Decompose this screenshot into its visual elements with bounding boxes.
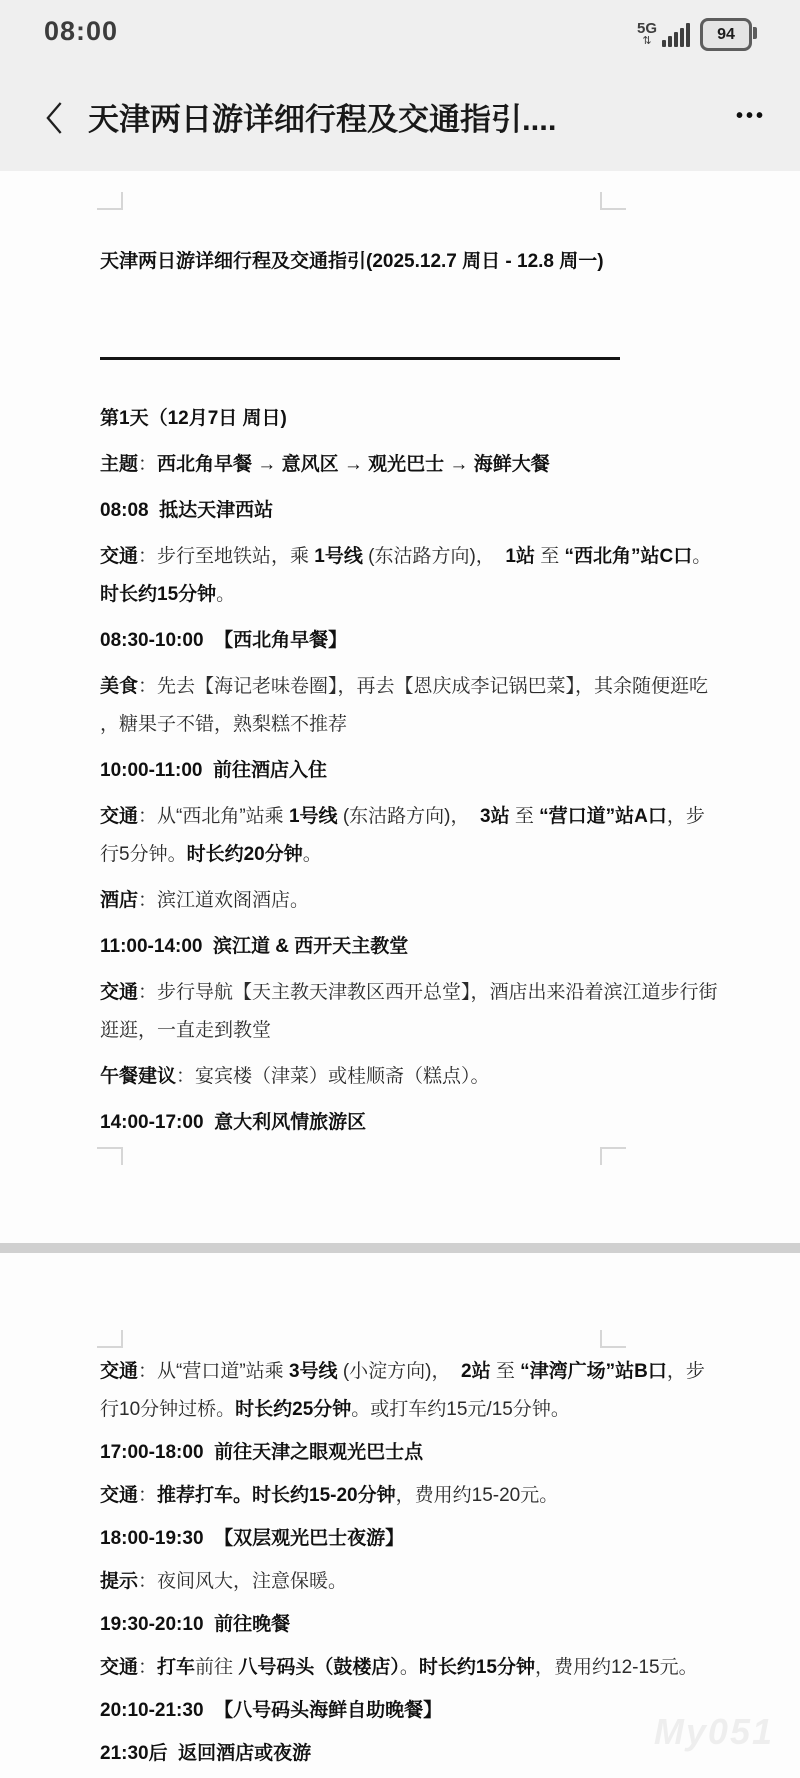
signal-bars-icon [660, 23, 690, 47]
status-time: 08:00 [44, 16, 118, 47]
doc-line: 交通：打车前往 八号码头（鼓楼店）。时长约15分钟，费用约12-15元。 [100, 1649, 730, 1687]
header: 08:00 5G ⇅ 94 〈 天津两日游详细行程及交通指引.... ••• [0, 0, 800, 171]
battery-icon: 94 [700, 18, 752, 51]
doc-line: 08:08 抵达天津西站 [100, 492, 730, 530]
battery-percent: 94 [717, 26, 735, 44]
doc-paragraph: 交通：步行导航【天主教天津教区西开总堂】，酒店出来沿着滨江道步行街逛逛，一直走到… [100, 974, 730, 1050]
doc-paragraph: 美食：先去【海记老味卷圈】，再去【恩庆成李记锅巴菜】，其余随便逛吃，糖果子不错，… [100, 668, 730, 744]
network-type-label: 5G ⇅ [637, 22, 657, 47]
back-button[interactable]: 〈 [30, 94, 62, 140]
document-viewer[interactable]: 天津两日游详细行程及交通指引(2025.12.7 周日 - 12.8 周一)第1… [0, 171, 800, 1778]
doc-paragraph: 08:30-10:00 【西北角早餐】 [100, 622, 730, 660]
doc-line: ，糖果子不错，熟梨糕不推荐 [100, 706, 730, 744]
doc-paragraph: 主题：西北角早餐 → 意风区 → 观光巴士 → 海鲜大餐 [100, 446, 730, 484]
doc-line: 10:00-11:00 前往酒店入住 [100, 752, 730, 790]
doc-paragraph: 11:00-14:00 滨江道 & 西开天主教堂 [100, 928, 730, 966]
doc-line: 20:10-21:30 【八号码头海鲜自助晚餐】 [100, 1692, 730, 1730]
data-arrows-icon: ⇅ [642, 36, 651, 47]
doc-paragraph: 20:10-21:30 【八号码头海鲜自助晚餐】 [100, 1692, 730, 1730]
doc-line: 交通：推荐打车。时长约15-20分钟，费用约15-20元。 [100, 1477, 730, 1515]
doc-line: 行10分钟过桥。时长约25分钟。或打车约15元/15分钟。 [100, 1391, 730, 1429]
doc-paragraph: 第1天（12月7日 周日) [100, 400, 730, 438]
margin-mark-top-right-icon [600, 192, 626, 210]
margin-mark-top-left-icon [97, 1330, 123, 1348]
doc-line: 11:00-14:00 滨江道 & 西开天主教堂 [100, 928, 730, 966]
doc-paragraph: 08:08 抵达天津西站 [100, 492, 730, 530]
doc-paragraph: 18:00-19:30 【双层观光巴士夜游】 [100, 1520, 730, 1558]
doc-line: 交通：步行至地铁站，乘 1号线 (东沽路方向)， 1站 至 “西北角”站C口。 [100, 538, 730, 576]
doc-paragraph: 19:30-20:10 前往晚餐 [100, 1606, 730, 1644]
phone-screen: 08:00 5G ⇅ 94 〈 天津两日游详细行程及交通指引.... ••• [0, 0, 800, 1778]
status-bar: 08:00 5G ⇅ 94 [0, 0, 800, 70]
more-menu-button[interactable]: ••• [736, 105, 766, 128]
doc-paragraph: 交通：步行至地铁站，乘 1号线 (东沽路方向)， 1站 至 “西北角”站C口。时… [100, 538, 730, 614]
doc-line: 17:00-18:00 前往天津之眼观光巴士点 [100, 1434, 730, 1472]
doc-line: 主题：西北角早餐 → 意风区 → 观光巴士 → 海鲜大餐 [100, 446, 730, 484]
document-page-1: 天津两日游详细行程及交通指引(2025.12.7 周日 - 12.8 周一)第1… [0, 171, 800, 1243]
page-1-content: 天津两日游详细行程及交通指引(2025.12.7 周日 - 12.8 周一)第1… [0, 171, 800, 1142]
page-title: 天津两日游详细行程及交通指引.... [88, 94, 736, 139]
doc-paragraph: 交通：从“西北角”站乘 1号线 (东沽路方向)， 3站 至 “营口道”站A口，步… [100, 798, 730, 874]
document-page-2: 交通：从“营口道”站乘 3号线 (小淀方向)， 2站 至 “津湾广场”站B口，步… [0, 1253, 800, 1778]
doc-paragraph: 21:30后 返回酒店或夜游 [100, 1735, 730, 1773]
doc-line: 18:00-19:30 【双层观光巴士夜游】 [100, 1520, 730, 1558]
margin-mark-top-left-icon [97, 192, 123, 210]
page-divider [0, 1243, 800, 1253]
margin-mark-top-right-icon [600, 1330, 626, 1348]
doc-paragraph: 交通：打车前往 八号码头（鼓楼店）。时长约15分钟，费用约12-15元。 [100, 1649, 730, 1687]
doc-paragraph: 交通：推荐打车。时长约15-20分钟，费用约15-20元。 [100, 1477, 730, 1515]
doc-line: 19:30-20:10 前往晚餐 [100, 1606, 730, 1644]
doc-line: 交通：步行导航【天主教天津教区西开总堂】，酒店出来沿着滨江道步行街 [100, 974, 730, 1012]
doc-line: 美食：先去【海记老味卷圈】，再去【恩庆成李记锅巴菜】，其余随便逛吃 [100, 668, 730, 706]
doc-line: 午餐建议：宴宾楼（津菜）或桂顺斋（糕点）。 [100, 1058, 730, 1096]
doc-paragraph: 午餐建议：宴宾楼（津菜）或桂顺斋（糕点）。 [100, 1058, 730, 1096]
doc-line: 交通：从“西北角”站乘 1号线 (东沽路方向)， 3站 至 “营口道”站A口，步 [100, 798, 730, 836]
doc-line: 逛逛，一直走到教堂 [100, 1012, 730, 1050]
doc-paragraph: 交通：从“营口道”站乘 3号线 (小淀方向)， 2站 至 “津湾广场”站B口，步… [100, 1353, 730, 1429]
doc-line: 酒店：滨江道欢阁酒店。 [100, 882, 730, 920]
doc-line: 天津两日游详细行程及交通指引(2025.12.7 周日 - 12.8 周一) [100, 243, 730, 281]
margin-mark-bottom-left-icon [97, 1147, 123, 1165]
doc-line: 行5分钟。时长约20分钟。 [100, 836, 730, 874]
doc-line: 08:30-10:00 【西北角早餐】 [100, 622, 730, 660]
doc-paragraph: 酒店：滨江道欢阁酒店。 [100, 882, 730, 920]
network-type: 5G [637, 22, 657, 36]
margin-mark-bottom-right-icon [600, 1147, 626, 1165]
doc-paragraph: 14:00-17:00 意大利风情旅游区 [100, 1104, 730, 1142]
doc-paragraph: 10:00-11:00 前往酒店入住 [100, 752, 730, 790]
doc-line: 14:00-17:00 意大利风情旅游区 [100, 1104, 730, 1142]
doc-paragraph: 提示：夜间风大，注意保暖。 [100, 1563, 730, 1601]
horizontal-rule [100, 357, 620, 360]
doc-line: 21:30后 返回酒店或夜游 [100, 1735, 730, 1773]
doc-line: 时长约15分钟。 [100, 576, 730, 614]
status-icons: 5G ⇅ 94 [637, 18, 758, 51]
cellular-signal-icon: 5G ⇅ [637, 22, 690, 47]
nav-bar: 〈 天津两日游详细行程及交通指引.... ••• [0, 70, 800, 171]
watermark: My051 [654, 1711, 774, 1753]
doc-line: 第1天（12月7日 周日) [100, 400, 730, 438]
battery-nub [753, 27, 757, 39]
doc-paragraph: 天津两日游详细行程及交通指引(2025.12.7 周日 - 12.8 周一) [100, 243, 730, 281]
doc-paragraph: 17:00-18:00 前往天津之眼观光巴士点 [100, 1434, 730, 1472]
doc-line: 提示：夜间风大，注意保暖。 [100, 1563, 730, 1601]
doc-line: 交通：从“营口道”站乘 3号线 (小淀方向)， 2站 至 “津湾广场”站B口，步 [100, 1353, 730, 1391]
